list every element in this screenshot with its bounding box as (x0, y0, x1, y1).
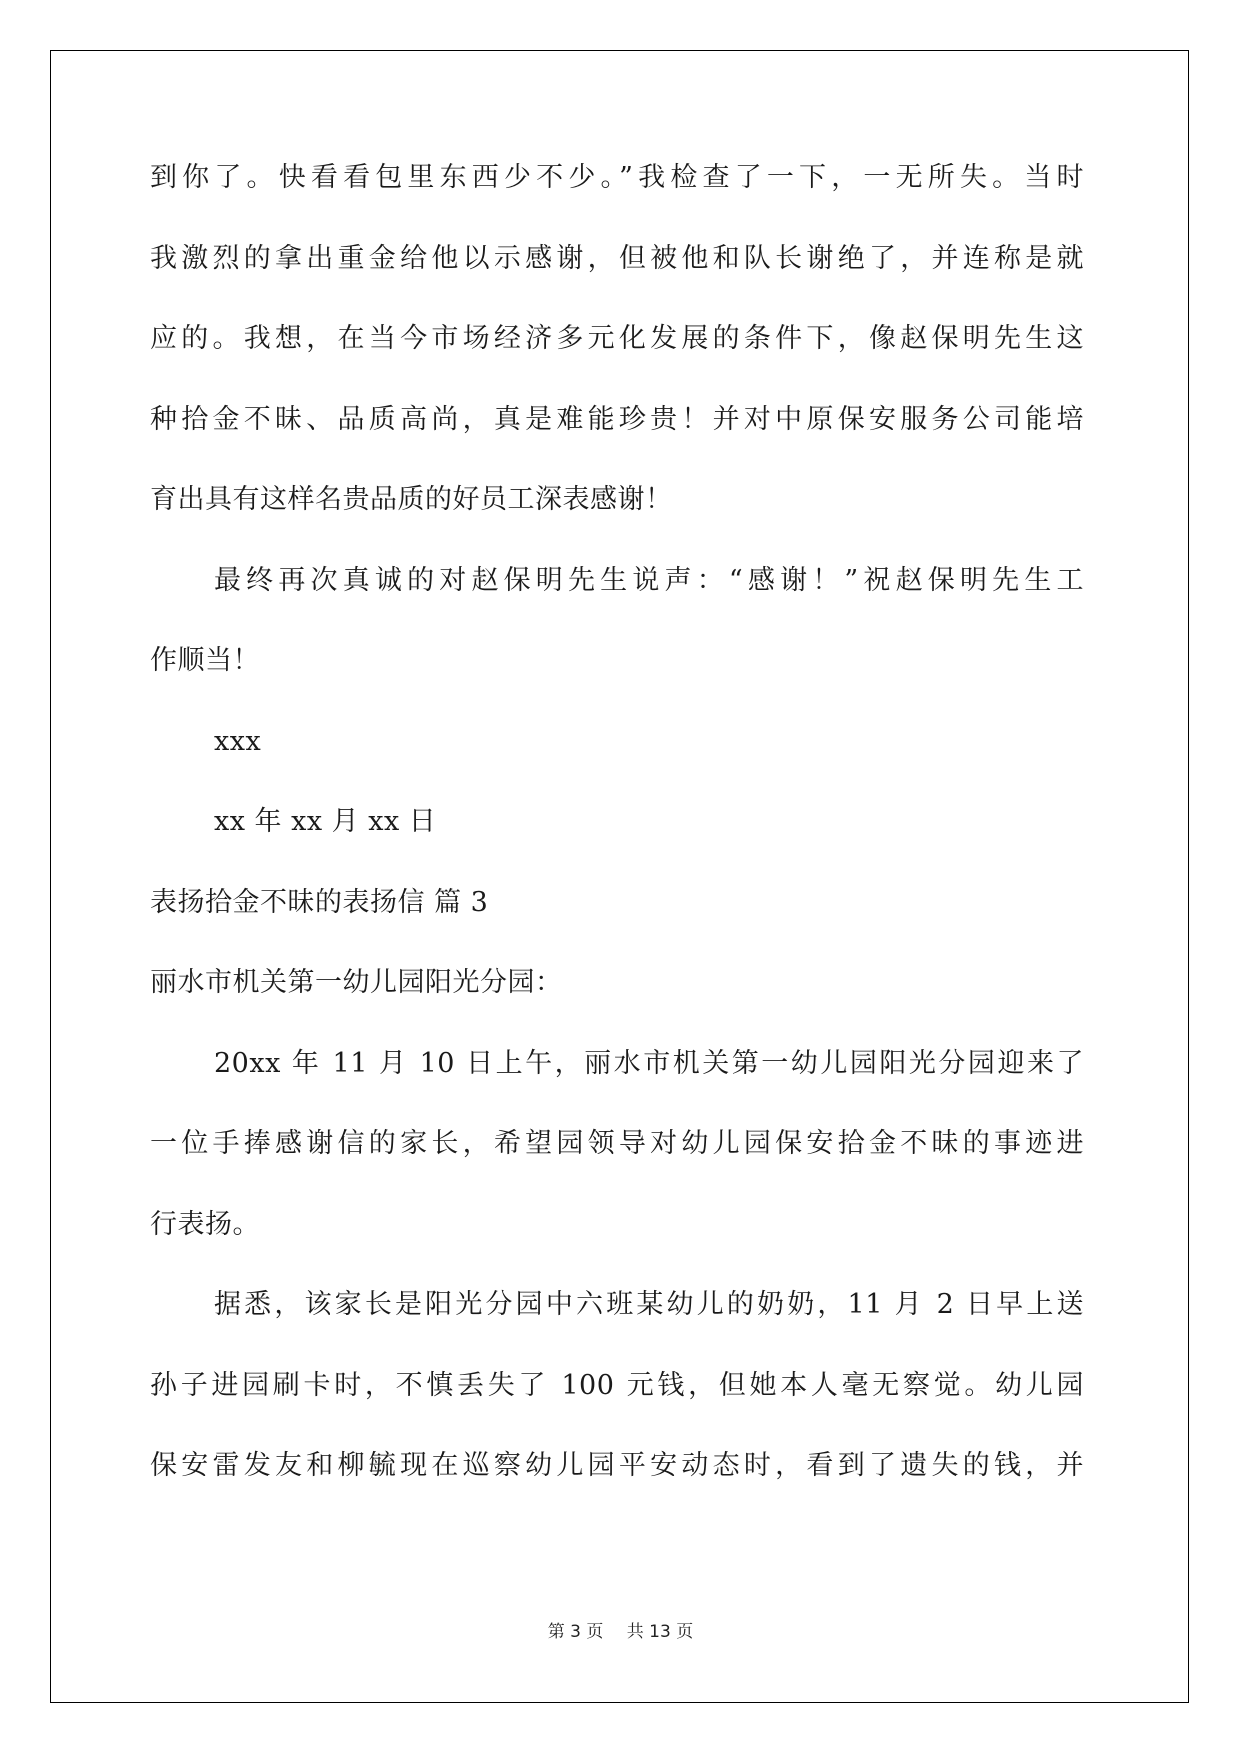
text-line: 到你了。快看看包里东西少不少。”我检查了一下，一无所失。当时 (150, 158, 1084, 239)
text-line: 一位手捧感谢信的家长，希望园领导对幼儿园保安拾金不昧的事迹进 (150, 1124, 1084, 1205)
date-line: xx 年 xx 月 xx 日 (150, 802, 1084, 883)
salutation: 丽水市机关第一幼儿园阳光分园： (150, 963, 1084, 1044)
text-line: 据悉，该家长是阳光分园中六班某幼儿的奶奶，11 月 2 日早上送 (150, 1285, 1084, 1366)
section-title: 表扬拾金不昧的表扬信 篇 3 (150, 883, 1084, 964)
text-line: 20xx 年 11 月 10 日上午，丽水市机关第一幼儿园阳光分园迎来了 (150, 1044, 1084, 1125)
page-number: 第 3 页 (548, 1622, 604, 1642)
page-total: 共 13 页 (627, 1622, 693, 1642)
text-line: 育出具有这样名贵品质的好员工深表感谢！ (150, 480, 1084, 561)
text-line: 我激烈的拿出重金给他以示感谢，但被他和队长谢绝了，并连称是就 (150, 239, 1084, 320)
text-line: 孙子进园刷卡时，不慎丢失了 100 元钱，但她本人毫无察觉。幼儿园 (150, 1366, 1084, 1447)
text-line: 保安雷发友和柳毓现在巡察幼儿园平安动态时，看到了遗失的钱，并 (150, 1446, 1084, 1527)
text-line: 应的。我想，在当今市场经济多元化发展的条件下，像赵保明先生这 (150, 319, 1084, 400)
text-line: 最终再次真诚的对赵保明先生说声：“感谢！”祝赵保明先生工 (150, 561, 1084, 642)
text-line: 种拾金不昧、品质高尚，真是难能珍贵！并对中原保安服务公司能培 (150, 400, 1084, 481)
document-body: 到你了。快看看包里东西少不少。”我检查了一下，一无所失。当时 我激烈的拿出重金给… (150, 158, 1084, 1527)
signature: xxx (150, 722, 1084, 803)
text-line: 作顺当！ (150, 641, 1084, 722)
text-line: 行表扬。 (150, 1205, 1084, 1286)
page-footer: 第 3 页 共 13 页 (0, 1617, 1241, 1642)
